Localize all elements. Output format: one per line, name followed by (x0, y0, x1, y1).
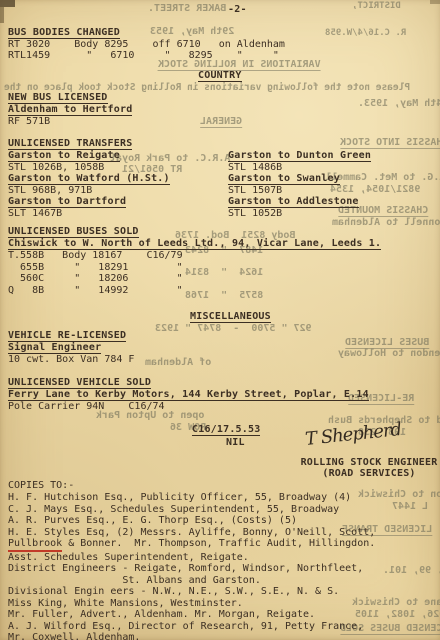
reference-code-text: C16/17.5.53 (192, 424, 260, 436)
route-heading: Garston to Reigate (8, 150, 120, 162)
route-heading: Garston to Dunton Green (228, 150, 371, 162)
section-title-unlicensed-transfers: UNLICENSED TRANSFERS (8, 138, 132, 150)
section-title: UNLICENSED BUSES SOLD (8, 226, 139, 238)
bleed-through-text: GENERAL (200, 116, 242, 128)
bleed-through-text: CHASSIS INTO STOCK (340, 137, 440, 149)
copies-line: A. J. Wilford Esq., Director of Research… (8, 621, 375, 633)
miscellaneous-heading: MISCELLANEOUS (190, 311, 271, 323)
section-title: UNLICENSED VEHICLE SOLD (8, 377, 151, 389)
bleed-through-text: 55, 99, 101. (383, 565, 440, 576)
transfers-right-column: Garston to Dunton Green STL 1486B Garsto… (228, 150, 371, 219)
copies-line: Divisional Engin eers - N.W., N.E., S.W.… (8, 586, 375, 598)
signature-title: ROLLING STOCK ENGINEER (ROAD SERVICES) (300, 457, 438, 479)
transfer-entry: Garston to Addlestone STL 1052B (228, 196, 371, 219)
bleed-through-text: of Aldenham (145, 357, 211, 368)
signatory-role: ROLLING STOCK ENGINEER (300, 457, 438, 468)
paper-stain (0, 7, 4, 23)
copies-line-rest: & Bonner. Mr. Thompson, Traffic Audit, H… (62, 538, 375, 549)
copies-line: Asst. Schedules Superintendent, Reigate. (8, 552, 375, 564)
vehicle-numbers: SLT 1467B (8, 208, 170, 219)
vehicle-description: 10 cwt. Box Van 784 F (8, 354, 134, 365)
copies-line: Mr. Coxwell, Aldenham. (8, 632, 375, 640)
section-title-text: UNLICENSED TRANSFERS (8, 138, 132, 150)
section-new-bus-licensed: NEW BUS LICENSED Aldenham to Hertford RF… (8, 92, 132, 127)
document-page: BAKER STREET. DISTRICT, R. C.16/4/W.958 … (0, 0, 440, 640)
bleed-through-text: 4th May, 1953. (358, 98, 440, 109)
bleed-through-text: R. C.16/4/W.958 (325, 28, 406, 38)
country-heading: COUNTRY (198, 70, 242, 82)
route-heading: Aldenham to Hertford (8, 104, 132, 116)
transfer-entry: Garston to Dartford SLT 1467B (8, 196, 170, 219)
route-heading: Garston to Watford (H.St.) (8, 173, 170, 185)
signatory-department: (ROAD SERVICES) (300, 468, 438, 479)
copies-line: Miss King, White Mansions, Westminster. (8, 598, 375, 610)
section-title: VEHICLE RE-LICENSED (8, 330, 126, 342)
copies-line: District Engineers - Reigate, Romford, W… (8, 563, 375, 575)
copies-line: H. E. Styles Esq, (2) Messrs. Ayliffe, B… (8, 527, 375, 539)
paper-stain (0, 0, 15, 7)
bus-body-row: RTL1459 " 6710 " 8295 " " (8, 50, 285, 61)
transfer-entry: Garston to Dunton Green STL 1486B (228, 150, 371, 173)
red-underlined-name: Pullbrook (8, 538, 62, 552)
copies-line: A. R. Purves Esq., E. G. Thorp Esq., (Co… (8, 515, 375, 527)
vehicle-numbers: STL 1507B (228, 185, 371, 196)
copies-line: Mr. Fuller, Advert., Aldenham. Mr. Morga… (8, 609, 375, 621)
route-heading: Garston to Addlestone (228, 196, 359, 208)
vehicle-numbers: RF 571B (8, 116, 132, 127)
section-vehicle-relicensed: VEHICLE RE-LICENSED Signal Engineer 10 c… (8, 330, 134, 365)
signature: T Shepherd (304, 419, 402, 450)
page-number: -2- (228, 4, 247, 15)
reference-code: C16/17.5.53 (192, 424, 260, 436)
copies-line: C. J. Mays Esq., Schedules Superintenden… (8, 504, 375, 516)
section-unlicensed-buses-sold: UNLICENSED BUSES SOLD Chiswick to W. Nor… (8, 226, 381, 296)
bus-sold-row: T.558B Body 18167 C16/79 (8, 250, 381, 262)
vehicle-numbers: STL 1486B (228, 162, 371, 173)
route-heading: Garston to Dartford (8, 196, 126, 208)
bus-sold-row: 655B " 18291 " (8, 262, 381, 274)
vehicle-numbers: STL 968B, 971B (8, 185, 170, 196)
section-title: BUS BODIES CHANGED (8, 27, 120, 39)
miscellaneous-heading-text: MISCELLANEOUS (190, 311, 271, 323)
reference-value: NIL (226, 437, 245, 448)
transfers-left-column: Garston to Reigate STL 1026B, 1058B Gars… (8, 150, 170, 219)
section-title: NEW BUS LICENSED (8, 92, 108, 104)
bleed-through-text: 927 " 5700 - 8747 " 1923 (155, 323, 312, 334)
vehicle-numbers: STL 1026B, 1058B (8, 162, 170, 173)
transfer-entry: Garston to Swanley STL 1507B (228, 173, 371, 196)
route-heading: Ferry Lane to Kerby Motors, 144 Kerby St… (8, 389, 369, 401)
transfer-entry: Garston to Watford (H.St.) STL 968B, 971… (8, 173, 170, 196)
section-unlicensed-vehicle-sold: UNLICENSED VEHICLE SOLD Ferry Lane to Ke… (8, 377, 369, 412)
transfer-entry: Garston to Reigate STL 1026B, 1058B (8, 150, 170, 173)
bus-sold-row: Q 8B " 14992 " (8, 285, 381, 297)
copies-title: COPIES TO:- (8, 479, 375, 492)
copies-line: St. Albans and Garston. (8, 575, 375, 587)
bleed-through-text: BAKER STREET. (148, 3, 226, 14)
section-bus-bodies-changed: BUS BODIES CHANGED RT 3020 Body 8295 off… (8, 27, 285, 61)
bleed-through-text: L 1447 (392, 501, 428, 512)
vehicle-description: Pole Carrier 94N C16/74 (8, 401, 369, 412)
subsection-title: Signal Engineer (8, 342, 101, 354)
vehicle-numbers: STL 1052B (228, 208, 371, 219)
bus-body-row: RT 3020 Body 8295 off 6710 on Aldenham (8, 39, 285, 50)
bleed-through-text: BUSES LICENSED (345, 337, 429, 349)
copies-line: H. F. Hutchison Esq., Publicity Officer,… (8, 492, 375, 504)
bus-sold-row: 560C " 18206 " (8, 273, 381, 285)
bleed-through-text: Hendon to Holloway (338, 348, 440, 359)
paper-stain (430, 0, 440, 4)
route-heading: Garston to Swanley (228, 173, 340, 185)
copies-line-highlighted: Pullbrook & Bonner. Mr. Thompson, Traffi… (8, 538, 375, 552)
route-heading: Chiswick to W. North of Leeds Ltd., 94, … (8, 238, 381, 250)
country-heading-text: COUNTRY (198, 70, 242, 82)
section-copies-to: COPIES TO:- H. F. Hutchison Esq., Public… (8, 479, 375, 640)
bleed-through-text: DISTRICT, (352, 1, 401, 11)
